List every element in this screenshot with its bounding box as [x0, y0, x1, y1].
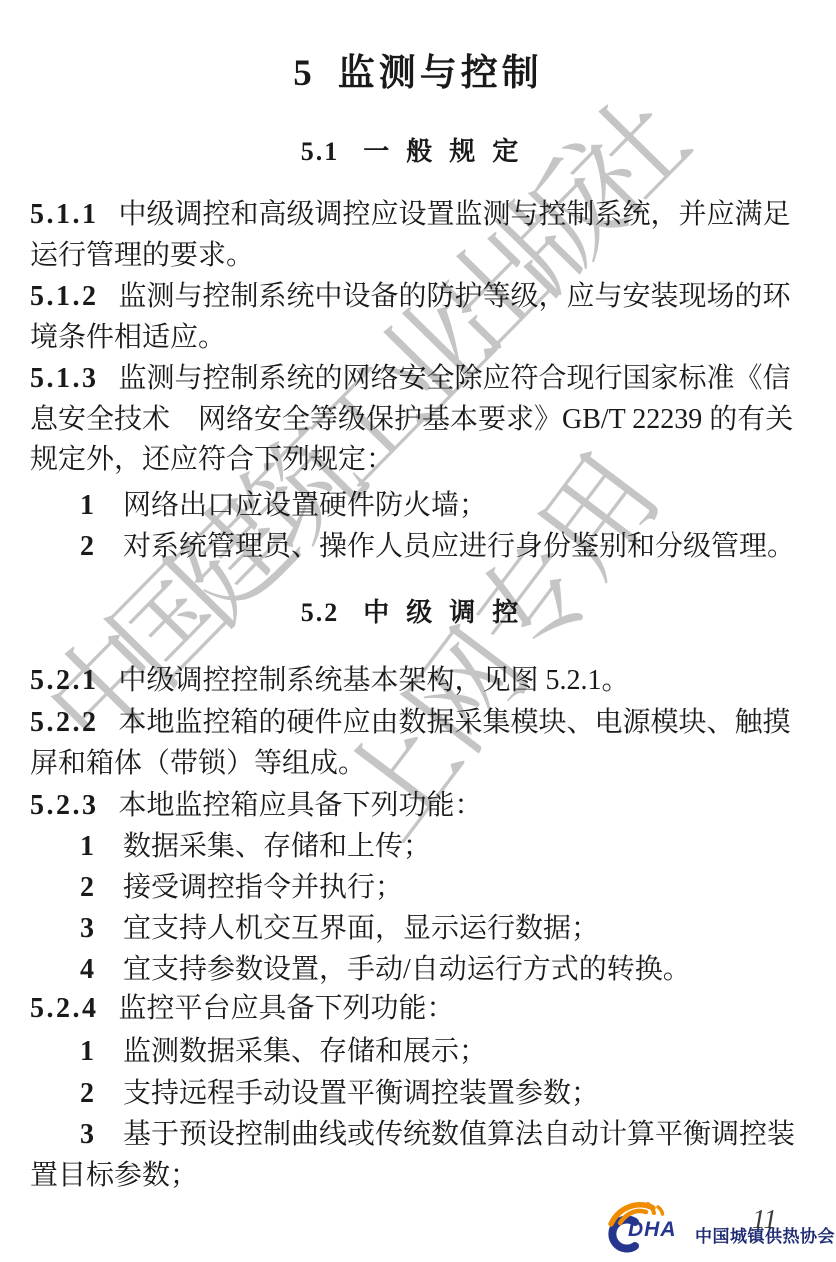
item-text: 监测数据采集、存储和展示； — [123, 1036, 487, 1067]
section-number: 5.1 — [301, 137, 340, 166]
numbered-item-line: 4宜支持参数设置，手动/自动运行方式的转换。 — [30, 954, 691, 986]
body-line: 境条件相适应。 — [30, 322, 226, 354]
clause-line-5-2-4: 5.2.4监控平台应具备下列功能： — [30, 993, 455, 1025]
clause-text: 中级调控和高级调控应设置监测与控制系统，并应满足 — [119, 199, 791, 230]
item-text: 宜支持人机交互界面，显示运行数据； — [123, 913, 599, 944]
clause-line-5-2-1: 5.2.1中级调控控制系统基本架构，见图 5.2.1。 — [30, 665, 630, 697]
section-number: 5.2 — [301, 598, 340, 627]
item-text: 宜支持参数设置，手动/自动运行方式的转换。 — [123, 954, 691, 985]
numbered-item-line: 2对系统管理员、操作人员应进行身份鉴别和分级管理。 — [30, 531, 795, 563]
body-line: 运行管理的要求。 — [30, 240, 254, 272]
body-line: 规定外，还应符合下列规定： — [30, 444, 394, 476]
item-number: 1 — [80, 831, 94, 862]
clause-number: 5.2.1 — [30, 665, 99, 696]
body-text: 境条件相适应。 — [30, 322, 226, 353]
body-line: 息安全技术 网络安全等级保护基本要求》GB/T 22239 的有关 — [30, 404, 793, 436]
clause-text: 监控平台应具备下列功能： — [119, 993, 455, 1024]
body-line: 屏和箱体（带锁）等组成。 — [30, 748, 366, 780]
item-text: 支持远程手动设置平衡调控装置参数； — [123, 1078, 599, 1109]
item-number: 4 — [80, 954, 94, 985]
item-number: 2 — [80, 872, 94, 903]
item-text: 基于预设控制曲线或传统数值算法自动计算平衡调控装 — [123, 1119, 795, 1150]
section-heading-5-1: 5.1一般规定 — [0, 131, 836, 168]
body-text: 运行管理的要求。 — [30, 240, 254, 271]
clause-number: 5.1.3 — [30, 363, 99, 394]
item-number: 2 — [80, 1078, 94, 1109]
clause-number: 5.2.2 — [30, 707, 99, 738]
numbered-item-line: 1监测数据采集、存储和展示； — [30, 1036, 487, 1068]
numbered-item-line: 1网络出口应设置硬件防火墙； — [30, 490, 487, 522]
section-title: 一般规定 — [363, 137, 535, 166]
item-number: 1 — [80, 490, 94, 521]
body-text: 规定外，还应符合下列规定： — [30, 444, 394, 475]
chapter-number: 5 — [293, 53, 312, 94]
numbered-item-line: 2接受调控指令并执行； — [30, 872, 403, 904]
item-number: 1 — [80, 1036, 94, 1067]
numbered-item-line: 1数据采集、存储和上传； — [30, 831, 431, 863]
item-number: 3 — [80, 1119, 94, 1150]
clause-line-5-2-3: 5.2.3本地监控箱应具备下列功能： — [30, 790, 483, 822]
clause-text: 监测与控制系统中设备的防护等级，应与安装现场的环 — [119, 281, 791, 312]
item-text: 对系统管理员、操作人员应进行身份鉴别和分级管理。 — [123, 531, 795, 562]
clause-number: 5.1.2 — [30, 281, 99, 312]
clause-text: 本地监控箱应具备下列功能： — [119, 790, 483, 821]
item-number: 2 — [80, 531, 94, 562]
clause-line-5-2-2: 5.2.2本地监控箱的硬件应由数据采集模块、电源模块、触摸 — [30, 707, 791, 739]
logo-acronym: DHA — [628, 1218, 677, 1242]
clause-number: 5.2.4 — [30, 993, 99, 1024]
clause-line-5-1-3: 5.1.3监测与控制系统的网络安全除应符合现行国家标准《信 — [30, 363, 791, 395]
page-number: 11 — [752, 1204, 777, 1235]
body-text: 息安全技术 网络安全等级保护基本要求》GB/T 22239 的有关 — [30, 404, 793, 435]
numbered-item-line: 2支持远程手动设置平衡调控装置参数； — [30, 1078, 599, 1110]
chapter-title: 5监测与控制 — [0, 42, 836, 96]
item-text: 数据采集、存储和上传； — [123, 831, 431, 862]
clause-text: 监测与控制系统的网络安全除应符合现行国家标准《信 — [119, 363, 791, 394]
association-logo: DHA 中国城镇供热协会 — [598, 1196, 836, 1258]
chapter-title-text: 监测与控制 — [338, 53, 543, 94]
item-text: 网络出口应设置硬件防火墙； — [123, 490, 487, 521]
numbered-item-line: 3基于预设控制曲线或传统数值算法自动计算平衡调控装 — [30, 1119, 795, 1151]
section-title: 中级调控 — [363, 598, 535, 627]
numbered-item-line: 3宜支持人机交互界面，显示运行数据； — [30, 913, 599, 945]
body-text: 置目标参数； — [30, 1160, 198, 1191]
clause-number: 5.2.3 — [30, 790, 99, 821]
clause-text: 本地监控箱的硬件应由数据采集模块、电源模块、触摸 — [119, 707, 791, 738]
body-text: 屏和箱体（带锁）等组成。 — [30, 748, 366, 779]
body-line: 置目标参数； — [30, 1160, 198, 1192]
clause-line-5-1-2: 5.1.2监测与控制系统中设备的防护等级，应与安装现场的环 — [30, 281, 791, 313]
clause-number: 5.1.1 — [30, 199, 99, 230]
item-text: 接受调控指令并执行； — [123, 872, 403, 903]
section-heading-5-2: 5.2中级调控 — [0, 592, 836, 629]
clause-text: 中级调控控制系统基本架构，见图 5.2.1。 — [119, 665, 630, 696]
clause-line-5-1-1: 5.1.1中级调控和高级调控应设置监测与控制系统，并应满足 — [30, 199, 791, 231]
item-number: 3 — [80, 913, 94, 944]
